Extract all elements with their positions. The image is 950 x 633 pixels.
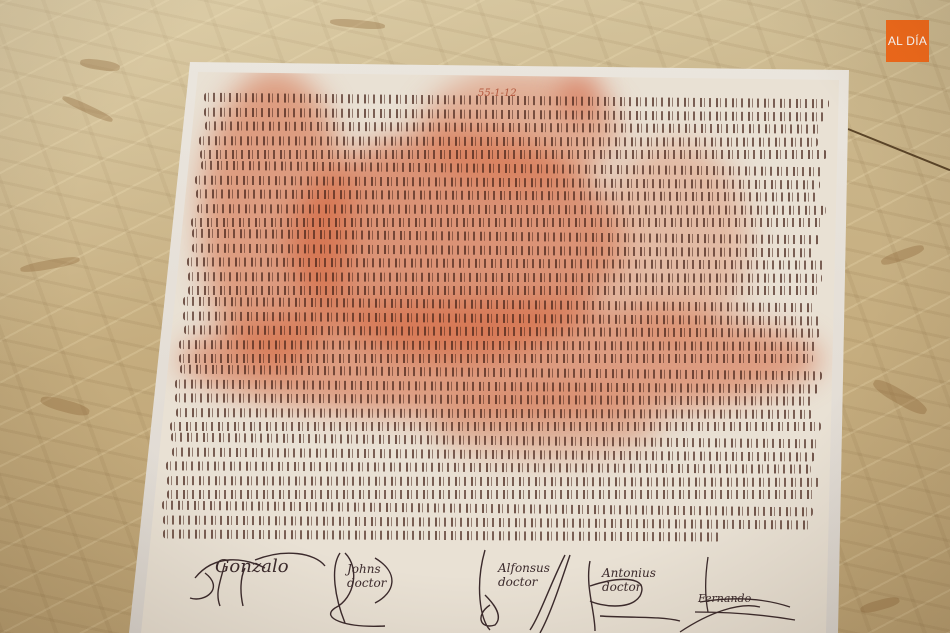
handwriting-line (180, 365, 822, 381)
handwriting-line (195, 175, 820, 189)
handwriting-line (166, 461, 811, 473)
al-dia-logo: AL DÍA (886, 20, 929, 62)
handwriting-line (179, 340, 817, 351)
signature-4: Antonius doctor (580, 556, 690, 633)
handwriting-line (191, 218, 822, 227)
handwriting-line (183, 297, 815, 313)
handwriting-line (163, 530, 720, 542)
handwriting-line (175, 394, 815, 406)
signature-text: Antonius doctor (602, 566, 657, 594)
handwriting-line (184, 326, 820, 338)
handwriting-line (188, 272, 822, 283)
handwriting-line (175, 379, 819, 393)
handwriting-line (171, 433, 818, 449)
handwriting-line (163, 515, 810, 529)
signature-3: Alfonsus doctor (470, 545, 590, 633)
signature-text: Gonzalo (215, 556, 289, 577)
handwriting-line (183, 311, 823, 325)
archive-reference: 55-1-12 (478, 88, 517, 99)
signature-5: Fernando (680, 552, 800, 633)
signature-text: Fernando (698, 592, 768, 605)
handwriting-line (187, 258, 825, 270)
signature-text: Johns doctor (347, 562, 397, 590)
handwriting-line (196, 190, 817, 202)
handwriting-line (205, 122, 822, 134)
handwriting-line (200, 150, 827, 159)
signature-flourish (470, 545, 590, 633)
handwriting-line (199, 136, 818, 147)
signature-2: Johns doctor (305, 548, 415, 633)
handwriting-line (170, 422, 820, 431)
handwriting-line (204, 107, 825, 121)
handwriting-line (172, 447, 815, 461)
handwriting-line (188, 286, 818, 295)
handwriting-line (176, 408, 812, 419)
handwriting-line (192, 229, 820, 245)
handwriting-line (179, 354, 813, 363)
handwriting-line (167, 476, 820, 487)
signature-text: Alfonsus doctor (498, 561, 548, 589)
handwriting-line (192, 243, 816, 257)
handwriting-line (162, 501, 813, 517)
handwriting-line (201, 161, 824, 177)
logo-text: AL DÍA (888, 34, 927, 48)
handwriting-line (196, 204, 825, 215)
handwriting-line (167, 490, 816, 499)
